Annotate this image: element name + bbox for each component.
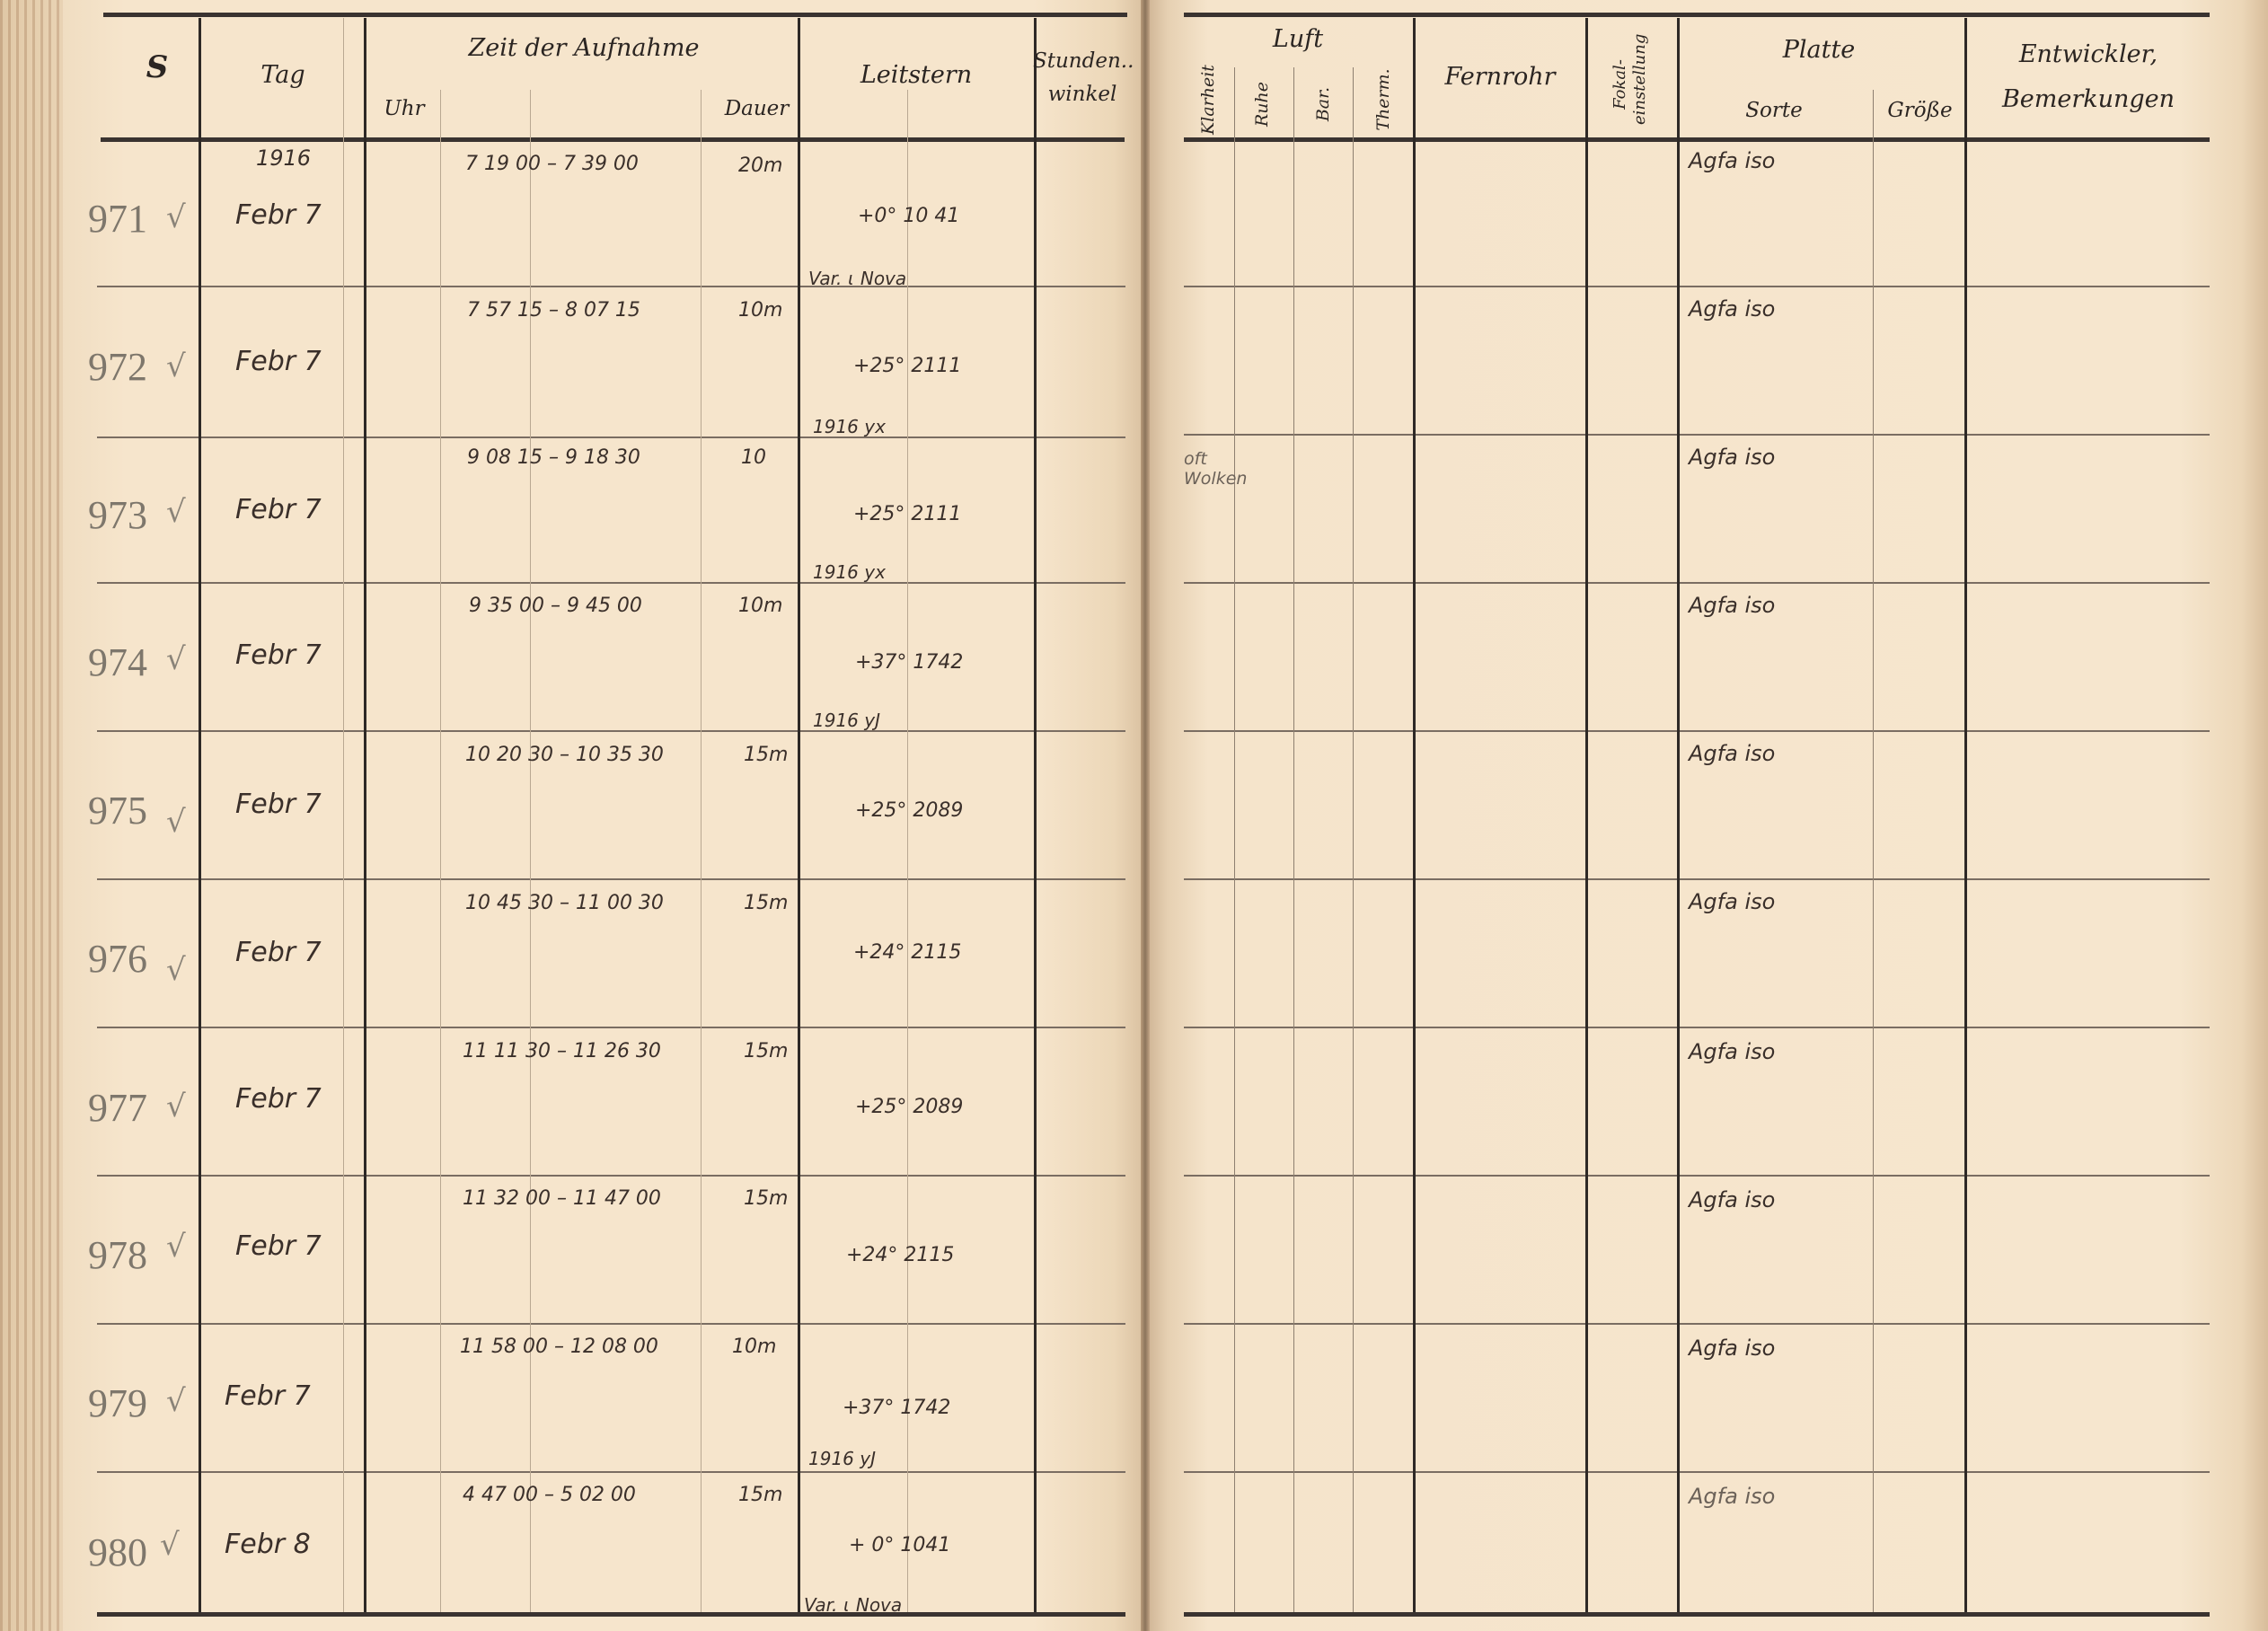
col-rule-sorte-groesse — [1873, 90, 1874, 1612]
col-rule-tag-uhr — [364, 18, 366, 1612]
plate-number: 975 — [88, 788, 147, 833]
leitstern-note: 1916 yx — [813, 561, 886, 583]
tag-cell: Febr 7 — [235, 937, 322, 968]
check-mark: √ — [166, 1089, 186, 1124]
plate-number: 977 — [88, 1085, 147, 1131]
klarheit-note: oft Wolken — [1184, 449, 1238, 489]
zeit-cell: 9 35 00 – 9 45 00 — [469, 595, 642, 617]
header-sorte: Sorte — [1716, 99, 1832, 122]
left-bottom-rule — [97, 1612, 1125, 1617]
book-gutter — [1141, 0, 1150, 1631]
row-rule — [1184, 434, 2210, 436]
zeit-cell: 9 08 15 – 9 18 30 — [467, 446, 640, 469]
dauer-cell: 10m — [732, 1336, 776, 1358]
dauer-cell: 20m — [738, 154, 782, 177]
col-rule-klarheit — [1234, 67, 1235, 1612]
col-rule-fokal-platte — [1677, 18, 1680, 1612]
sorte-cell: Agfa iso — [1689, 296, 1775, 322]
zeit-cell: 10 20 30 – 10 35 30 — [465, 744, 664, 766]
header-s: S — [135, 49, 180, 85]
leitstern-cell: +24° 2115 — [853, 941, 961, 964]
dauer-cell: 10m — [738, 595, 782, 617]
header-groesse: Größe — [1877, 99, 1963, 122]
leitstern-cell: +0° 10 41 — [858, 205, 959, 227]
leitstern-note: Var. ɩ Nova — [804, 1594, 902, 1616]
header-uhr: Uhr — [373, 97, 436, 120]
row-rule — [97, 1175, 1125, 1177]
check-mark: √ — [166, 804, 186, 840]
left-top-rule — [103, 13, 1127, 17]
row-rule — [97, 286, 1125, 287]
right-bottom-rule — [1184, 1612, 2210, 1617]
dauer-cell: 15m — [744, 744, 788, 766]
row-rule — [1184, 1027, 2210, 1028]
row-rule — [1184, 286, 2210, 287]
row-rule — [97, 878, 1125, 880]
year-label: 1916 — [256, 145, 311, 171]
header-stundenwinkel-2: winkel — [1033, 83, 1132, 106]
tag-cell: Febr 7 — [235, 346, 322, 377]
row-rule — [97, 1471, 1125, 1473]
col-rule-fernrohr-fokal — [1585, 18, 1588, 1612]
row-rule — [97, 730, 1125, 732]
leitstern-note: Var. ɩ Nova — [808, 268, 906, 289]
header-fokaleinstellung: Fokal- einstellung — [1611, 44, 1650, 125]
check-mark: √ — [166, 1383, 186, 1419]
header-bemerkungen: Bemerkungen — [1972, 85, 2205, 113]
sorte-cell: Agfa iso — [1689, 445, 1775, 470]
header-tag: Tag — [234, 61, 332, 89]
tag-cell: Febr 7 — [235, 1083, 322, 1115]
zeit-cell: 7 19 00 – 7 39 00 — [465, 153, 639, 175]
header-platte: Platte — [1725, 36, 1913, 64]
dauer-cell: 10m — [738, 299, 782, 322]
tag-cell: Febr 7 — [235, 639, 322, 671]
leitstern-cell: +24° 2115 — [846, 1244, 954, 1266]
header-fokal-1: Fokal- — [1611, 59, 1629, 110]
plate-number: 974 — [88, 639, 147, 685]
tag-cell: Febr 7 — [235, 789, 322, 820]
zeit-cell: 10 45 30 – 11 00 30 — [465, 892, 664, 914]
row-rule — [97, 582, 1125, 584]
sorte-cell: Agfa iso — [1689, 593, 1775, 618]
dauer-cell: 15m — [738, 1484, 782, 1506]
plate-number: 979 — [88, 1380, 147, 1426]
row-rule — [97, 1027, 1125, 1028]
header-entwickler: Entwickler, — [1972, 40, 2205, 68]
row-rule — [97, 436, 1125, 438]
leitstern-note: 1916 yJ — [813, 710, 880, 731]
page-edges — [0, 0, 63, 1631]
col-rule-bar — [1353, 67, 1354, 1612]
header-klarheit: Klarheit — [1198, 64, 1218, 136]
leitstern-note: 1916 yx — [813, 416, 886, 437]
sorte-cell: Agfa iso — [1689, 1484, 1775, 1509]
leitstern-note: 1916 yJ — [808, 1448, 876, 1469]
header-zeit-der-aufnahme: Zeit der Aufnahme — [404, 34, 763, 62]
sorte-cell: Agfa iso — [1689, 1187, 1775, 1212]
sorte-cell: Agfa iso — [1689, 741, 1775, 766]
col-rule-platte-entwickler — [1964, 18, 1967, 1612]
dauer-cell: 10 — [741, 446, 766, 469]
tag-cell: Febr 7 — [235, 494, 322, 525]
header-dauer: Dauer — [719, 97, 795, 120]
zeit-cell: 4 47 00 – 5 02 00 — [463, 1484, 636, 1506]
col-rule-s-tag — [199, 18, 201, 1612]
row-rule — [1184, 878, 2210, 880]
faint-rule — [343, 18, 344, 1612]
zeit-cell: 11 58 00 – 12 08 00 — [460, 1336, 658, 1358]
row-rule — [1184, 1471, 2210, 1473]
tag-cell: Febr 7 — [235, 1230, 322, 1262]
plate-number: 971 — [88, 196, 147, 242]
plate-number: 976 — [88, 936, 147, 982]
faint-rule-dauer — [701, 90, 702, 1612]
dauer-cell: 15m — [744, 1040, 788, 1062]
header-fokal-2: einstellung — [1630, 34, 1649, 125]
leitstern-cell: +25° 2111 — [853, 503, 961, 525]
sorte-cell: Agfa iso — [1689, 1039, 1775, 1064]
row-rule — [1184, 582, 2210, 584]
check-mark: √ — [166, 494, 186, 530]
plate-number: 980 — [88, 1530, 147, 1575]
tag-cell: Febr 7 — [235, 199, 322, 231]
check-mark: √ — [166, 952, 186, 988]
check-mark: √ — [166, 1229, 186, 1265]
plate-number: 978 — [88, 1232, 147, 1278]
zeit-cell: 7 57 15 – 8 07 15 — [467, 299, 640, 322]
tag-cell: Febr 8 — [225, 1529, 311, 1560]
check-mark: √ — [166, 348, 186, 384]
leitstern-cell: +37° 1742 — [855, 651, 963, 674]
header-ruhe: Ruhe — [1252, 73, 1272, 136]
leitstern-cell: +25° 2089 — [855, 799, 963, 822]
check-mark: √ — [166, 641, 186, 677]
sorte-cell: Agfa iso — [1689, 148, 1775, 173]
header-fernrohr: Fernrohr — [1428, 63, 1572, 91]
row-rule — [1184, 1323, 2210, 1325]
left-header-rule — [101, 137, 1125, 142]
row-rule — [97, 1323, 1125, 1325]
sorte-cell: Agfa iso — [1689, 1336, 1775, 1361]
row-rule — [1184, 1175, 2210, 1177]
col-rule-dauer-leitstern — [798, 18, 800, 1612]
col-rule-luft-fernrohr — [1413, 18, 1416, 1612]
plate-number: 973 — [88, 492, 147, 538]
leitstern-cell: +25° 2089 — [855, 1096, 963, 1118]
leitstern-cell: +37° 1742 — [843, 1397, 950, 1419]
zeit-cell: 11 32 00 – 11 47 00 — [463, 1187, 661, 1210]
sorte-cell: Agfa iso — [1689, 889, 1775, 914]
faint-rule — [907, 90, 908, 1612]
zeit-cell: 11 11 30 – 11 26 30 — [463, 1040, 661, 1062]
header-therm: Therm. — [1373, 68, 1393, 131]
header-luft: Luft — [1249, 25, 1347, 53]
header-bar: Bar. — [1313, 73, 1333, 136]
right-header-rule — [1184, 137, 2210, 142]
row-rule — [1184, 730, 2210, 732]
dauer-cell: 15m — [744, 1187, 788, 1210]
header-stundenwinkel-1: Stunden.. — [1033, 49, 1132, 73]
col-rule-leitstern-stundenwinkel — [1034, 18, 1037, 1612]
check-mark: √ — [166, 199, 186, 235]
right-page — [1145, 0, 2268, 1631]
leitstern-cell: +25° 2111 — [853, 355, 961, 377]
dauer-cell: 15m — [744, 892, 788, 914]
leitstern-cell: + 0° 1041 — [849, 1534, 950, 1556]
header-leitstern: Leitstern — [826, 61, 1006, 89]
col-rule-ruhe — [1293, 67, 1294, 1612]
right-top-rule — [1184, 13, 2210, 17]
faint-rule-uhr — [440, 90, 441, 1612]
check-mark: √ — [160, 1527, 180, 1563]
plate-number: 972 — [88, 344, 147, 390]
tag-cell: Febr 7 — [225, 1380, 311, 1412]
